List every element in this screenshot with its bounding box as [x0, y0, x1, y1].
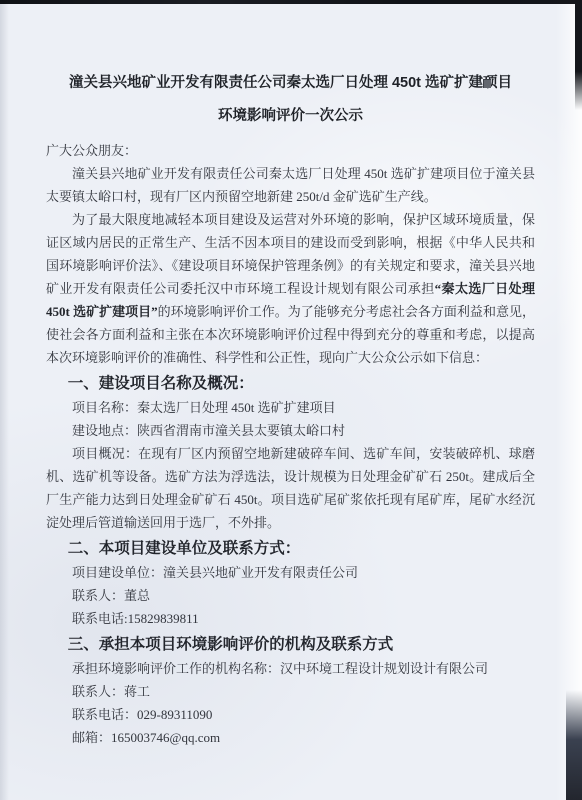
salutation: 广大公众朋友：: [46, 139, 535, 162]
contact-email-line: 邮箱：165003746@qq.com: [46, 726, 535, 749]
section-3-heading: 三、承担本项目环境影响评价的机构及联系方式: [46, 632, 535, 657]
scan-artifact: [483, 79, 491, 88]
scan-edge-right-bottom: [566, 690, 582, 800]
eia-agency-line: 承担环境影响评价工作的机构名称：汉中环境工程设计规划设计有限公司: [46, 657, 535, 680]
section-2-heading: 二、本项目建设单位及联系方式：: [46, 536, 535, 561]
contact-phone-line-1: 联系电话:15829839811: [46, 607, 535, 630]
scan-edge-top: [0, 0, 582, 4]
contact-person-line-2: 联系人：蒋工: [46, 680, 535, 703]
contact-phone-line-2: 联系电话：029-89311090: [46, 703, 535, 726]
paper-sheet: 潼关县兴地矿业开发有限责任公司秦太选厂日处理 450t 选矿扩建项目 环境影响评…: [0, 3, 582, 800]
section-1-heading: 一、建设项目名称及概况：: [46, 371, 535, 396]
scanned-document: 潼关县兴地矿业开发有限责任公司秦太选厂日处理 450t 选矿扩建项目 环境影响评…: [0, 0, 582, 800]
scan-edge-right-top: [575, 0, 582, 110]
page-title-line-1: 潼关县兴地矿业开发有限责任公司秦太选厂日处理 450t 选矿扩建项目: [46, 67, 535, 100]
project-overview-line: 项目概况：在现有厂区内预留空地新建破碎车间、选矿车间，安装破碎机、球磨机、选矿机…: [46, 442, 535, 534]
construction-unit-line: 项目建设单位：潼关县兴地矿业开发有限责任公司: [46, 561, 535, 584]
second-paragraph: 为了最大限度地减轻本项目建设及运营对外环境的影响，保护区域环境质量，保证区域内居…: [46, 208, 535, 369]
intro-paragraph: 潼关县兴地矿业开发有限责任公司秦太选厂日处理 450t 选矿扩建项目位于潼关县太…: [46, 162, 535, 208]
page-title-line-2: 环境影响评价一次公示: [46, 100, 535, 133]
project-location-line: 建设地点：陕西省渭南市潼关县太要镇太峪口村: [46, 419, 535, 442]
document-body: 潼关县兴地矿业开发有限责任公司秦太选厂日处理 450t 选矿扩建项目 环境影响评…: [0, 3, 582, 749]
contact-person-line-1: 联系人：董总: [46, 584, 535, 607]
project-name-line: 项目名称：秦太选厂日处理 450t 选矿扩建项目: [46, 396, 535, 419]
page-title: 潼关县兴地矿业开发有限责任公司秦太选厂日处理 450t 选矿扩建项目 环境影响评…: [46, 67, 535, 133]
